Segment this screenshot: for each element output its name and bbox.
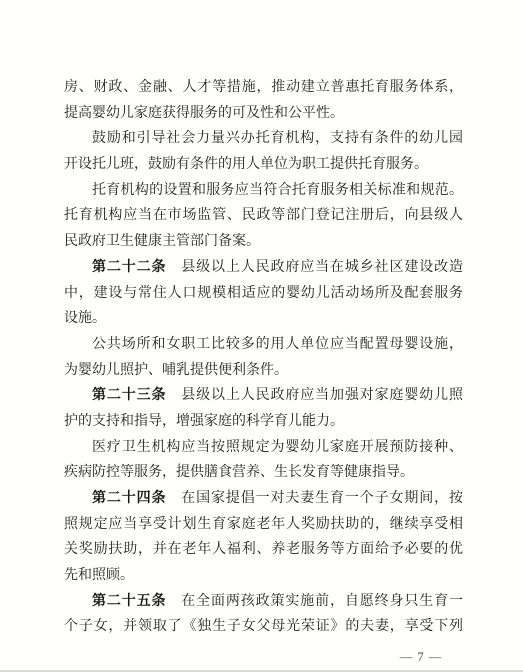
text-line: 开设托儿班，鼓励有条件的用人单位为职工提供托育服务。 [64, 152, 463, 178]
text-line: 设施。 [64, 306, 463, 332]
text-line: 第二十四条 在国家提倡一对夫妻生育一个子女期间，按 [64, 486, 463, 512]
text-line: 先和照顾。 [64, 563, 463, 589]
text-line: 护的支持和指导，增强家庭的科学育儿能力。 [64, 409, 463, 435]
text-line: 中，建设与常住人口规模相适应的婴幼儿活动场所及配套服务 [64, 281, 463, 307]
text-line: 提高婴幼儿家庭获得服务的可及性和公平性。 [64, 101, 463, 127]
text-line: 照规定应当享受计划生育家庭老年人奖励扶助的，继续享受相 [64, 512, 463, 538]
text-line: 托育机构应当在市场监管、民政等部门登记注册后，向县级人 [64, 203, 463, 229]
article-number: 第二十三条 [92, 388, 166, 403]
text-line: 民政府卫生健康主管部门备案。 [64, 229, 463, 255]
document-page: 房、财政、金融、人才等措施，推动建立普惠托育服务体系，提高婴幼儿家庭获得服务的可… [0, 0, 523, 672]
text-line: 第二十三条 县级以上人民政府应当加强对家庭婴幼儿照 [64, 383, 463, 409]
text-line: 鼓励和引导社会力量兴办托育机构，支持有条件的幼儿园 [64, 126, 463, 152]
text-line: 房、财政、金融、人才等措施，推动建立普惠托育服务体系， [64, 75, 463, 101]
text-line: 第二十五条 在全面两孩政策实施前，自愿终身只生育一 [64, 589, 463, 615]
text-line: 公共场所和女职工比较多的用人单位应当配置母婴设施， [64, 332, 463, 358]
page-number: — 7 — [391, 650, 451, 665]
text-line: 个子女，并领取了《独生子女父母光荣证》的夫妻，享受下列 [64, 614, 463, 640]
text-line: 第二十二条 县级以上人民政府应当在城乡社区建设改造 [64, 255, 463, 281]
text-line: 为婴幼儿照护、哺乳提供便利条件。 [64, 358, 463, 384]
text-line: 疾病防控等服务，提供膳食营养、生长发育等健康指导。 [64, 460, 463, 486]
article-number: 第二十二条 [92, 260, 166, 275]
text-line: 托育机构的设置和服务应当符合托育服务相关标准和规范。 [64, 178, 463, 204]
document-body: 房、财政、金融、人才等措施，推动建立普惠托育服务体系，提高婴幼儿家庭获得服务的可… [64, 75, 463, 640]
text-line: 关奖励扶助，并在老年人福利、养老服务等方面给予必要的优 [64, 537, 463, 563]
text-line: 医疗卫生机构应当按照规定为婴幼儿家庭开展预防接种、 [64, 435, 463, 461]
article-number: 第二十四条 [92, 491, 166, 506]
article-number: 第二十五条 [92, 594, 166, 609]
